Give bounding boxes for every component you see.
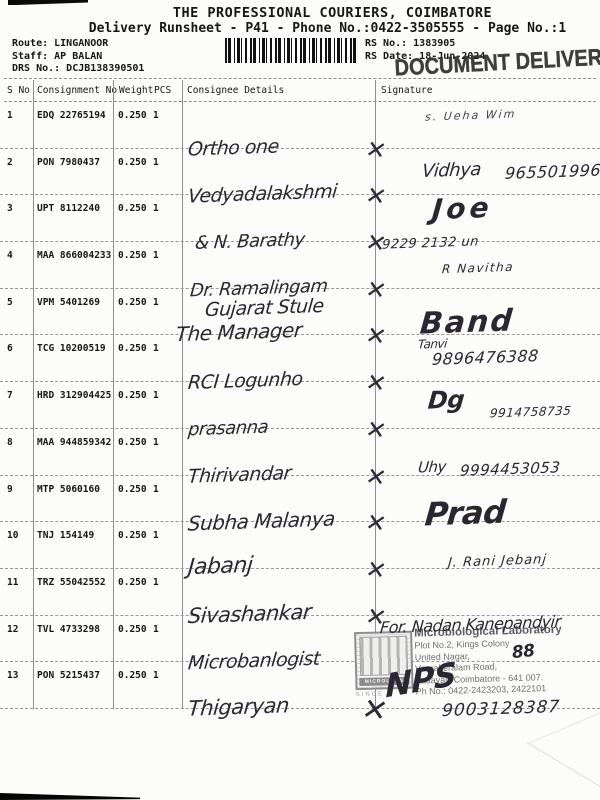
signature-handwritten: Dg bbox=[427, 387, 465, 412]
table-row: 9 MTP 5060160 0.250 1 Subha Malanya ✕ Pr… bbox=[0, 476, 600, 523]
scan-artifact-bottom-bar bbox=[0, 793, 140, 800]
pcs-value: 1 bbox=[153, 530, 159, 541]
serial-number: 3 bbox=[7, 203, 13, 214]
col-header-weight: Weight bbox=[119, 85, 153, 96]
table-header-row: S No Consignment No Weight PCS Consignee… bbox=[0, 85, 600, 101]
signature-phone-handwritten: 9896476388 bbox=[431, 349, 539, 369]
serial-number: 13 bbox=[7, 670, 18, 681]
col-header-consignment: Consignment No bbox=[37, 85, 117, 96]
drs-line: DRS No.: DCJB138390501 bbox=[12, 63, 144, 74]
weight-value: 0.250 bbox=[118, 577, 147, 588]
serial-number: 11 bbox=[7, 577, 18, 588]
pcs-value: 1 bbox=[153, 110, 159, 121]
paper-crease-line bbox=[526, 742, 600, 794]
table-row: 7 HRD 312904425 0.250 1 prasanna ✕ Dg 99… bbox=[0, 382, 600, 429]
signature-scrawl-over-stamp: 88 bbox=[511, 643, 535, 662]
col-header-signature: Signature bbox=[381, 85, 432, 96]
pcs-value: 1 bbox=[153, 670, 159, 681]
col-header-pcs: PCS bbox=[154, 85, 171, 96]
weight-value: 0.250 bbox=[118, 670, 147, 681]
serial-number: 1 bbox=[7, 110, 13, 121]
consignment-number: PON 5215437 bbox=[37, 670, 100, 681]
weight-value: 0.250 bbox=[118, 343, 147, 354]
consignment-number: TNJ 154149 bbox=[37, 530, 94, 541]
dashed-separator bbox=[4, 78, 596, 79]
serial-number: 7 bbox=[7, 390, 13, 401]
runsheet-rows: 1 EDQ 22765194 0.250 1 Ortho one ✕ s. Ue… bbox=[0, 102, 600, 709]
pcs-value: 1 bbox=[153, 157, 159, 168]
runsheet-subtitle: Delivery Runsheet - P41 - Phone No.:0422… bbox=[55, 21, 600, 36]
pcs-value: 1 bbox=[153, 484, 159, 495]
scanned-runsheet-page: THE PROFESSIONAL COURIERS, COIMBATORE De… bbox=[0, 0, 600, 800]
serial-number: 9 bbox=[7, 484, 13, 495]
weight-value: 0.250 bbox=[118, 110, 147, 121]
weight-value: 0.250 bbox=[118, 484, 147, 495]
signature-phone-handwritten: 9914758735 bbox=[489, 404, 571, 419]
table-row: 5 VPM 5401269 0.250 1 Gujarat Stule The … bbox=[0, 289, 600, 336]
signature-handwritten: Vidhya bbox=[421, 161, 481, 181]
weight-value: 0.250 bbox=[118, 157, 147, 168]
pcs-value: 1 bbox=[153, 390, 159, 401]
table-row: 10 TNJ 154149 0.250 1 Jabanj ✕ J. Rani J… bbox=[0, 522, 600, 569]
table-row: 8 MAA 944859342 0.250 1 Thirivandar ✕ Uh… bbox=[0, 429, 600, 476]
serial-number: 2 bbox=[7, 157, 13, 168]
serial-number: 6 bbox=[7, 343, 13, 354]
pcs-value: 1 bbox=[153, 250, 159, 261]
pcs-value: 1 bbox=[153, 624, 159, 635]
table-row: 3 UPT 8112240 0.250 1 & N. Barathy ✕ Joe… bbox=[0, 195, 600, 242]
col-header-sno: S No bbox=[7, 85, 30, 96]
consignment-number: MAA 944859342 bbox=[37, 437, 111, 448]
pcs-value: 1 bbox=[153, 203, 159, 214]
col-header-consignee: Consignee Details bbox=[187, 85, 284, 96]
rs-no-line: RS No.: 1383905 bbox=[365, 38, 455, 49]
consignment-number: TVL 4733298 bbox=[37, 624, 100, 635]
route-staff-drs-block: Route: LINGANOOR Staff: AP BALAN DRS No.… bbox=[12, 38, 144, 76]
weight-value: 0.250 bbox=[118, 297, 147, 308]
route-line: Route: LINGANOOR bbox=[12, 38, 108, 49]
serial-number: 10 bbox=[7, 530, 18, 541]
table-row: 4 MAA 866004233 0.250 1 Dr. Ramalingam ✕… bbox=[0, 242, 600, 289]
signature-handwritten: R Navitha bbox=[441, 261, 514, 276]
consignment-number: TRZ 55042552 bbox=[37, 577, 106, 588]
serial-number: 5 bbox=[7, 297, 13, 308]
staff-line: Staff: AP BALAN bbox=[12, 51, 102, 62]
weight-value: 0.250 bbox=[118, 530, 147, 541]
table-row: 11 TRZ 55042552 0.250 1 Sivashankar ✕ Fo… bbox=[0, 569, 600, 616]
weight-value: 0.250 bbox=[118, 250, 147, 261]
pcs-value: 1 bbox=[153, 343, 159, 354]
serial-number: 8 bbox=[7, 437, 13, 448]
pcs-value: 1 bbox=[153, 297, 159, 308]
consignment-number: UPT 8112240 bbox=[37, 203, 100, 214]
weight-value: 0.250 bbox=[118, 437, 147, 448]
pcs-value: 1 bbox=[153, 577, 159, 588]
signature-handwritten: Uhy bbox=[417, 459, 446, 475]
lab-stamp-since-text: SINCE bbox=[356, 691, 384, 698]
pcs-value: 1 bbox=[153, 437, 159, 448]
consignee-handwritten: Gujarat Stule bbox=[204, 297, 324, 320]
company-title: THE PROFESSIONAL COURIERS, COIMBATORE bbox=[65, 5, 600, 21]
table-row: 2 PON 7980437 0.250 1 Vedyadalakshmi ✕ V… bbox=[0, 149, 600, 196]
barcode bbox=[225, 38, 356, 63]
weight-value: 0.250 bbox=[118, 203, 147, 214]
serial-number: 12 bbox=[7, 624, 18, 635]
table-row: 1 EDQ 22765194 0.250 1 Ortho one ✕ s. Ue… bbox=[0, 102, 600, 149]
signature-handwritten: Joe bbox=[431, 194, 494, 224]
consignment-number: MAA 866004233 bbox=[37, 250, 111, 261]
consignment-number: TCG 10200519 bbox=[37, 343, 106, 354]
consignment-number: MTP 5060160 bbox=[37, 484, 100, 495]
weight-value: 0.250 bbox=[118, 624, 147, 635]
signature-handwritten: s. Ueha Wim bbox=[425, 108, 517, 122]
consignee-handwritten: Thigaryan bbox=[187, 695, 290, 720]
table-row: 6 TCG 10200519 0.250 1 RCI Logunho ✕ Tan… bbox=[0, 335, 600, 382]
consignment-number: EDQ 22765194 bbox=[37, 110, 106, 121]
signature-phone-handwritten: 9655019960 bbox=[504, 162, 600, 182]
signature-handwritten: J. Rani Jebanj bbox=[447, 553, 547, 570]
consignment-number: PON 7980437 bbox=[37, 157, 100, 168]
consignment-number: HRD 312904425 bbox=[37, 390, 111, 401]
consignment-number: VPM 5401269 bbox=[37, 297, 100, 308]
serial-number: 4 bbox=[7, 250, 13, 261]
weight-value: 0.250 bbox=[118, 390, 147, 401]
